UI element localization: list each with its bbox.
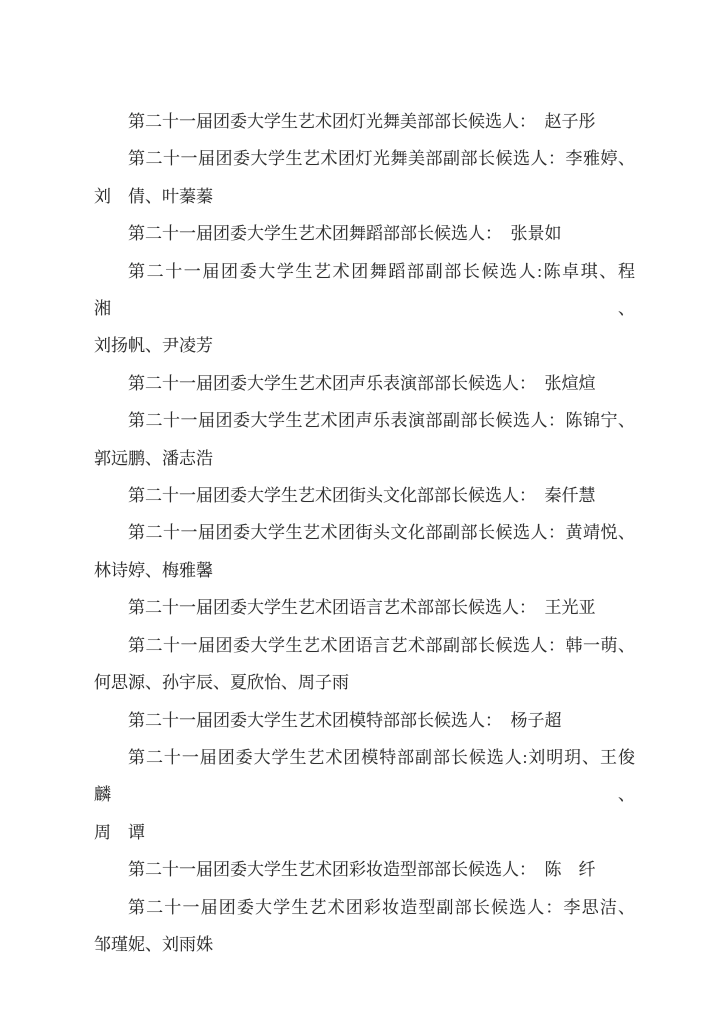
paragraph: 第二十一届团委大学生艺术团灯光舞美部副部长候选人：李雅婷、刘 倩、叶蓁蓁	[94, 140, 635, 215]
document-line: 第二十一届团委大学生艺术团彩妆造型副部长候选人：李思洁、	[94, 889, 635, 926]
paragraph: 第二十一届团委大学生艺术团语言艺术部部长候选人： 王光亚	[94, 589, 635, 626]
document-body: 第二十一届团委大学生艺术团灯光舞美部部长候选人： 赵子彤第二十一届团委大学生艺术…	[0, 0, 720, 963]
document-line: 郭远鹏、潘志浩	[94, 440, 635, 477]
document-line: 第二十一届团委大学生艺术团舞蹈部副部长候选人:陈卓琪、程 湘、	[94, 253, 635, 328]
document-line: 第二十一届团委大学生艺术团灯光舞美部副部长候选人：李雅婷、	[94, 140, 635, 177]
document-line: 第二十一届团委大学生艺术团语言艺术部副部长候选人：韩一萌、	[94, 627, 635, 664]
paragraph: 第二十一届团委大学生艺术团模特部副部长候选人:刘明玥、王俊麟、周 谭	[94, 739, 635, 851]
document-line: 第二十一届团委大学生艺术团灯光舞美部部长候选人： 赵子彤	[94, 103, 635, 140]
document-line: 第二十一届团委大学生艺术团街头文化部部长候选人： 秦仟慧	[94, 477, 635, 514]
paragraph: 第二十一届团委大学生艺术团灯光舞美部部长候选人： 赵子彤	[94, 103, 635, 140]
paragraph: 第二十一届团委大学生艺术团声乐表演部副部长候选人：陈锦宁、郭远鹏、潘志浩	[94, 402, 635, 477]
document-page: 第二十一届团委大学生艺术团灯光舞美部部长候选人： 赵子彤第二十一届团委大学生艺术…	[0, 0, 720, 1018]
document-line: 第二十一届团委大学生艺术团声乐表演部副部长候选人：陈锦宁、	[94, 402, 635, 439]
paragraph: 第二十一届团委大学生艺术团街头文化部部长候选人： 秦仟慧	[94, 477, 635, 514]
paragraph: 第二十一届团委大学生艺术团语言艺术部副部长候选人：韩一萌、何思源、孙宇辰、夏欣怡…	[94, 627, 635, 702]
document-line: 周 谭	[94, 814, 635, 851]
document-line: 第二十一届团委大学生艺术团街头文化部副部长候选人：黄靖悦、	[94, 514, 635, 551]
document-line: 第二十一届团委大学生艺术团声乐表演部部长候选人： 张煊煊	[94, 365, 635, 402]
document-line: 第二十一届团委大学生艺术团模特部副部长候选人:刘明玥、王俊麟、	[94, 739, 635, 814]
paragraph: 第二十一届团委大学生艺术团模特部部长候选人： 杨子超	[94, 702, 635, 739]
document-line: 刘 倩、叶蓁蓁	[94, 178, 635, 215]
paragraph: 第二十一届团委大学生艺术团舞蹈部部长候选人： 张景如	[94, 215, 635, 252]
paragraph: 第二十一届团委大学生艺术团舞蹈部副部长候选人:陈卓琪、程 湘、刘扬帆、尹凌芳	[94, 253, 635, 365]
paragraph: 第二十一届团委大学生艺术团声乐表演部部长候选人： 张煊煊	[94, 365, 635, 402]
paragraph: 第二十一届团委大学生艺术团彩妆造型部部长候选人： 陈 纤	[94, 851, 635, 888]
document-line: 邹瑾妮、刘雨姝	[94, 926, 635, 963]
document-line: 第二十一届团委大学生艺术团语言艺术部部长候选人： 王光亚	[94, 589, 635, 626]
paragraph: 第二十一届团委大学生艺术团街头文化部副部长候选人：黄靖悦、林诗婷、梅雅馨	[94, 514, 635, 589]
paragraph: 第二十一届团委大学生艺术团彩妆造型副部长候选人：李思洁、邹瑾妮、刘雨姝	[94, 889, 635, 964]
document-line: 刘扬帆、尹凌芳	[94, 327, 635, 364]
document-line: 第二十一届团委大学生艺术团彩妆造型部部长候选人： 陈 纤	[94, 851, 635, 888]
document-line: 何思源、孙宇辰、夏欣怡、周子雨	[94, 664, 635, 701]
document-line: 林诗婷、梅雅馨	[94, 552, 635, 589]
document-line: 第二十一届团委大学生艺术团模特部部长候选人： 杨子超	[94, 702, 635, 739]
document-line: 第二十一届团委大学生艺术团舞蹈部部长候选人： 张景如	[94, 215, 635, 252]
